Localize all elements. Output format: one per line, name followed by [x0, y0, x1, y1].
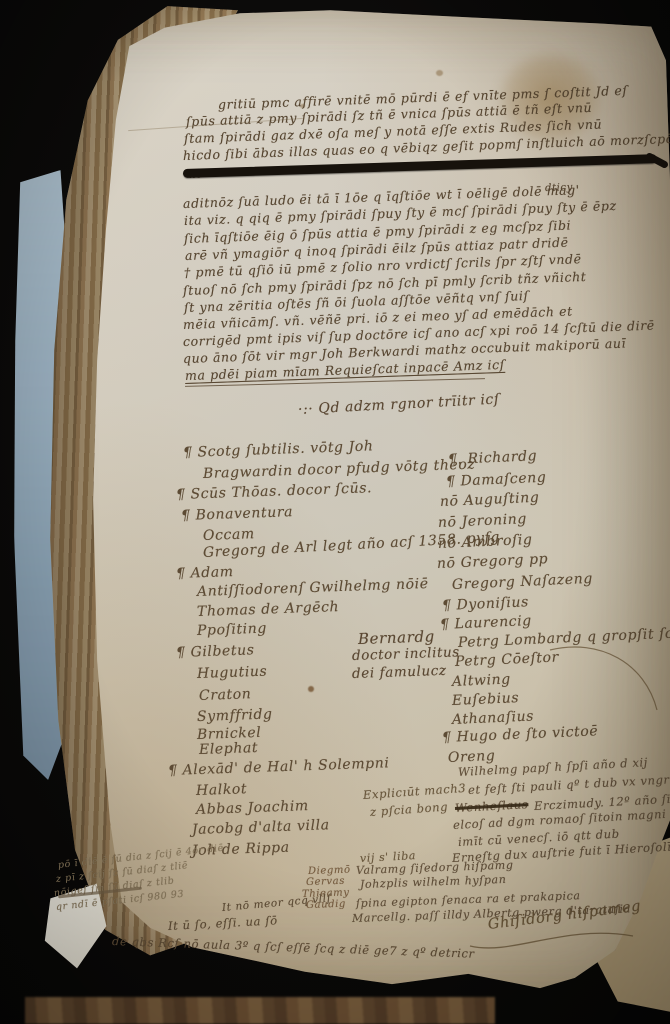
foxing-spot [300, 104, 305, 108]
wood-floor [25, 997, 495, 1024]
ink-stain [498, 52, 602, 144]
manuscript-photo: gritiū pmc affirē vnitē mō pūrdi ē ef vn… [0, 0, 670, 1024]
ink-blot [308, 686, 314, 692]
foxing-spot [436, 70, 443, 76]
